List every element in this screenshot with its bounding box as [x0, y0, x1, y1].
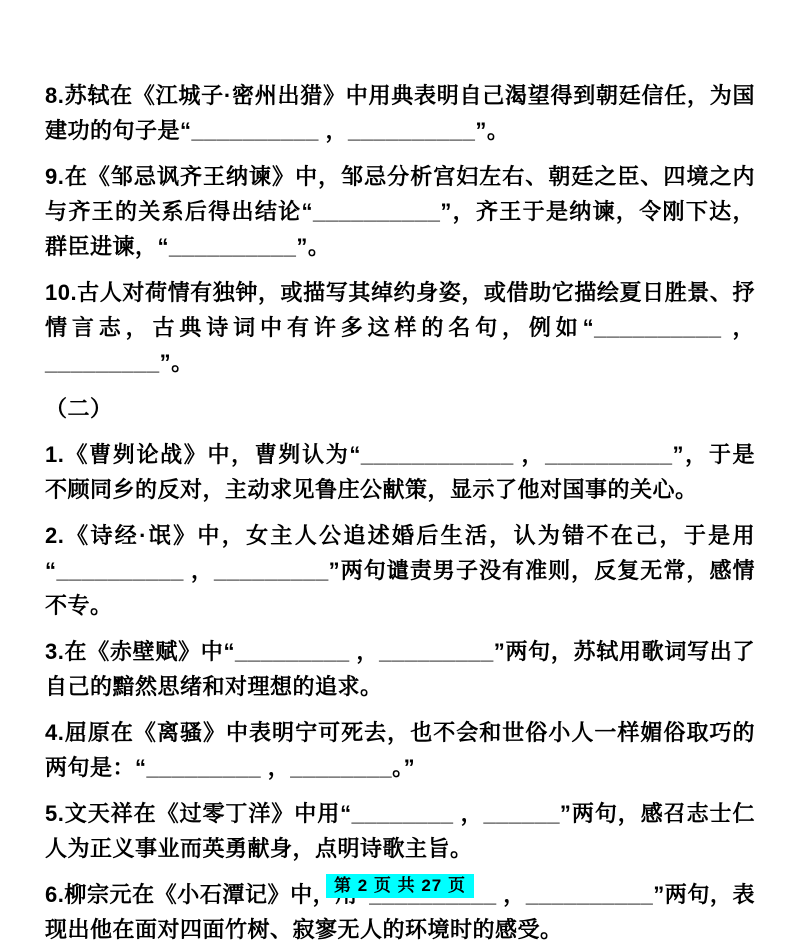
- worksheet-page: 8.苏轼在《江城子·密州出猎》中用典表明自己渴望得到朝廷信任，为国建功的句子是“…: [0, 0, 800, 950]
- question-1: 1.《曹刿论战》中，曹刿认为“____________ ，__________”…: [45, 437, 755, 507]
- question-8: 8.苏轼在《江城子·密州出猎》中用典表明自己渴望得到朝廷信任，为国建功的句子是“…: [45, 78, 755, 148]
- question-10: 10.古人对荷情有独钟，或描写其绰约身姿，或借助它描绘夏日胜景、抒情言志，古典诗…: [45, 275, 755, 380]
- question-5: 5.文天祥在《过零丁洋》中用“________ ，______”两句，感召志士仁…: [45, 796, 755, 866]
- question-4: 4.屈原在《离骚》中表明宁可死去，也不会和世俗小人一样媚俗取巧的两句是：“___…: [45, 715, 755, 785]
- page-number-badge: 第 2 页 共 27 页: [326, 874, 474, 898]
- section-heading-2: （二）: [45, 391, 755, 426]
- question-9: 9.在《邹忌讽齐王纳谏》中，邹忌分析宫妇左右、朝廷之臣、四境之内与齐王的关系后得…: [45, 159, 755, 264]
- question-2: 2.《诗经·氓》中，女主人公追述婚后生活，认为错不在己，于是用“________…: [45, 518, 755, 623]
- page-footer: 第 2 页 共 27 页: [0, 874, 800, 898]
- question-3: 3.在《赤壁赋》中“_________ ，_________”两句，苏轼用歌词写…: [45, 634, 755, 704]
